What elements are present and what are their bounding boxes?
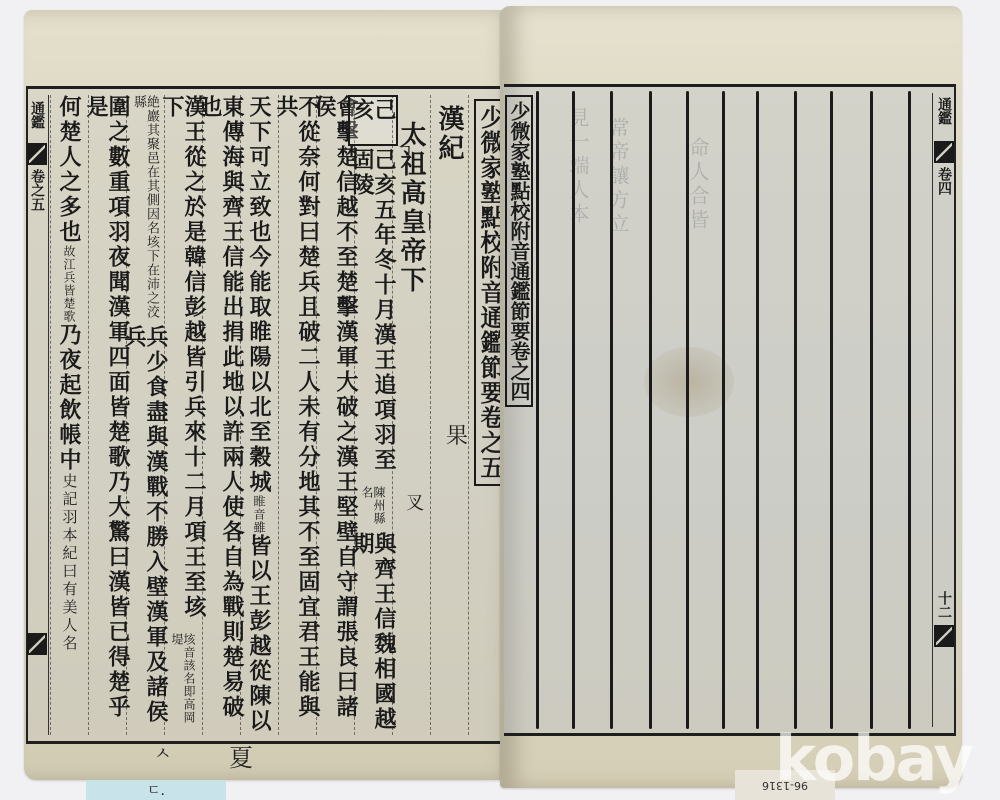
text-column-6: 不從奈何對曰楚兵且破二人未有分地其不至固宜君王能與共 [278, 95, 315, 735]
column-text: 己亥五年冬十月漢王追項羽至固陵 [351, 148, 395, 486]
fish-tail-ornament-icon [27, 633, 47, 655]
text-column-8: 東傳海與齊王信能出捐此地以許兩人使各自為戰則楚易破也 [202, 95, 239, 735]
column-text: 皆以王彭越從陳以 [248, 534, 270, 734]
column-text: 東傳海與齊王信能出捐此地以許兩人使各自為戰則楚易破也 [199, 95, 243, 735]
text-column-11: 圍之數重項羽夜聞漢軍四面皆楚歌乃大驚曰漢皆已得楚乎是 [88, 95, 125, 735]
column-text: 何楚人之多也 [58, 95, 80, 245]
text-column-section: 漢紀 [430, 95, 467, 735]
right-page-text-frame: 見一端人本 常帝讓方立 命人合皆 少微家塾點校附音通鑑節要卷之四 通鑑 [504, 84, 956, 736]
column-rule [722, 91, 725, 729]
column-annotation: 史記羽本紀曰有美人名 [62, 473, 77, 653]
column-annotation: 故江兵皆楚歌 [63, 245, 75, 323]
column-rule [536, 91, 539, 729]
column-text: 與齊王信魏相國越期 [351, 532, 395, 735]
bleed-through-text: 常帝讓方立 [604, 117, 633, 237]
page-number: 十二 [934, 591, 954, 619]
column-text: 天下可立致也今能取睢陽以北至穀城 [248, 95, 270, 495]
text-column-chapter: 太祖高皇帝下 [392, 95, 429, 735]
bleed-through-text: 見一端人本 [564, 107, 593, 227]
handwritten-mark: ㄱ [396, 137, 413, 163]
section-title: 漢紀 [436, 105, 462, 163]
handwritten-mark: 叉 [406, 489, 424, 515]
column-rule [686, 91, 689, 729]
column-rule [572, 91, 575, 729]
cyclical-year-box: 己亥 [348, 95, 398, 146]
column-rule [649, 91, 652, 729]
column-rule [830, 91, 833, 729]
handwritten-mark: ㅅ [154, 740, 171, 766]
handwritten-mark: ㅣ [421, 209, 438, 235]
centerfold-label-top: 通鑑 [934, 97, 954, 125]
column-annotation: 絶巖其聚邑在其側因名垓下在沛之洨縣 [132, 95, 158, 325]
column-rule [908, 91, 911, 729]
volume-end-title: 少微家塾點校附音通鑑節要卷之四 [505, 95, 533, 407]
open-book-photo: 通鑑 卷之五 何楚人之多也 故江兵皆楚歌 乃夜起飲帳中 史記羽本紀曰有美人名 圍… [0, 0, 1000, 800]
text-column-12: 何楚人之多也 故江兵皆楚歌 乃夜起飲帳中 史記羽本紀曰有美人名 [50, 95, 87, 735]
column-rule [794, 91, 797, 729]
text-column-10: 絶巖其聚邑在其側因名垓下在沛之洨縣 兵少食盡與漢戰不勝入壁漢軍及諸侯兵 [126, 95, 163, 735]
text-column-5: 會擊楚信越不至楚擊漢軍大破之漢王堅壁自守謂張良曰諸侯 [316, 95, 353, 735]
blue-slip-text: ㄷ. [147, 783, 165, 799]
text-column-9: 漢王從之於是韓信彭越皆引兵來十二月項王至垓下 垓音該名即高岡堤 [164, 95, 201, 735]
fish-tail-ornament-icon [27, 143, 47, 165]
text-column-7: 天下可立致也今能取睢陽以北至穀城 睢音雖 皆以王彭越從陳以 [240, 95, 277, 735]
column-annotation: 睢音雖 [253, 495, 265, 534]
fish-tail-ornament-icon [934, 625, 954, 647]
centerfold-label-top: 通鑑 [27, 101, 47, 129]
column-annotation: 陳州縣名 [361, 486, 385, 533]
column-rule [610, 91, 613, 729]
left-page-text-frame: 通鑑 卷之五 何楚人之多也 故江兵皆楚歌 乃夜起飲帳中 史記羽本紀曰有美人名 圍… [26, 86, 512, 744]
kobay-watermark: kobay [775, 722, 972, 795]
centerfold-label-bottom: 卷之五 [27, 169, 47, 211]
left-page: 通鑑 卷之五 何楚人之多也 故江兵皆楚歌 乃夜起飲帳中 史記羽本紀曰有美人名 圍… [24, 10, 518, 780]
right-centerfold-strip: 通鑑 卷四 十二 [932, 93, 955, 727]
column-rule [870, 91, 873, 729]
right-page: 見一端人本 常帝讓方立 命人合皆 少微家塾點校附音通鑑節要卷之四 通鑑 [500, 6, 962, 788]
left-centerfold-strip: 通鑑 卷之五 [26, 95, 49, 735]
blue-index-slip: ㄷ. [86, 780, 226, 800]
handwritten-mark: 果 [446, 419, 468, 450]
column-rule [756, 91, 759, 729]
handwritten-mark: 夏 [229, 738, 253, 773]
centerfold-label-mid: 卷四 [934, 167, 954, 195]
column-text: 乃夜起飲帳中 [58, 323, 80, 473]
water-stain [644, 347, 734, 417]
text-column-4: 己亥 己亥五年冬十月漢王追項羽至固陵 陳州縣名 與齊王信魏相國越期 [354, 95, 391, 735]
column-annotation: 垓音該名即高岡堤 [171, 633, 195, 735]
fish-tail-ornament-icon [934, 141, 954, 163]
volume-end-title-column: 少微家塾點校附音通鑑節要卷之四 [504, 93, 534, 727]
